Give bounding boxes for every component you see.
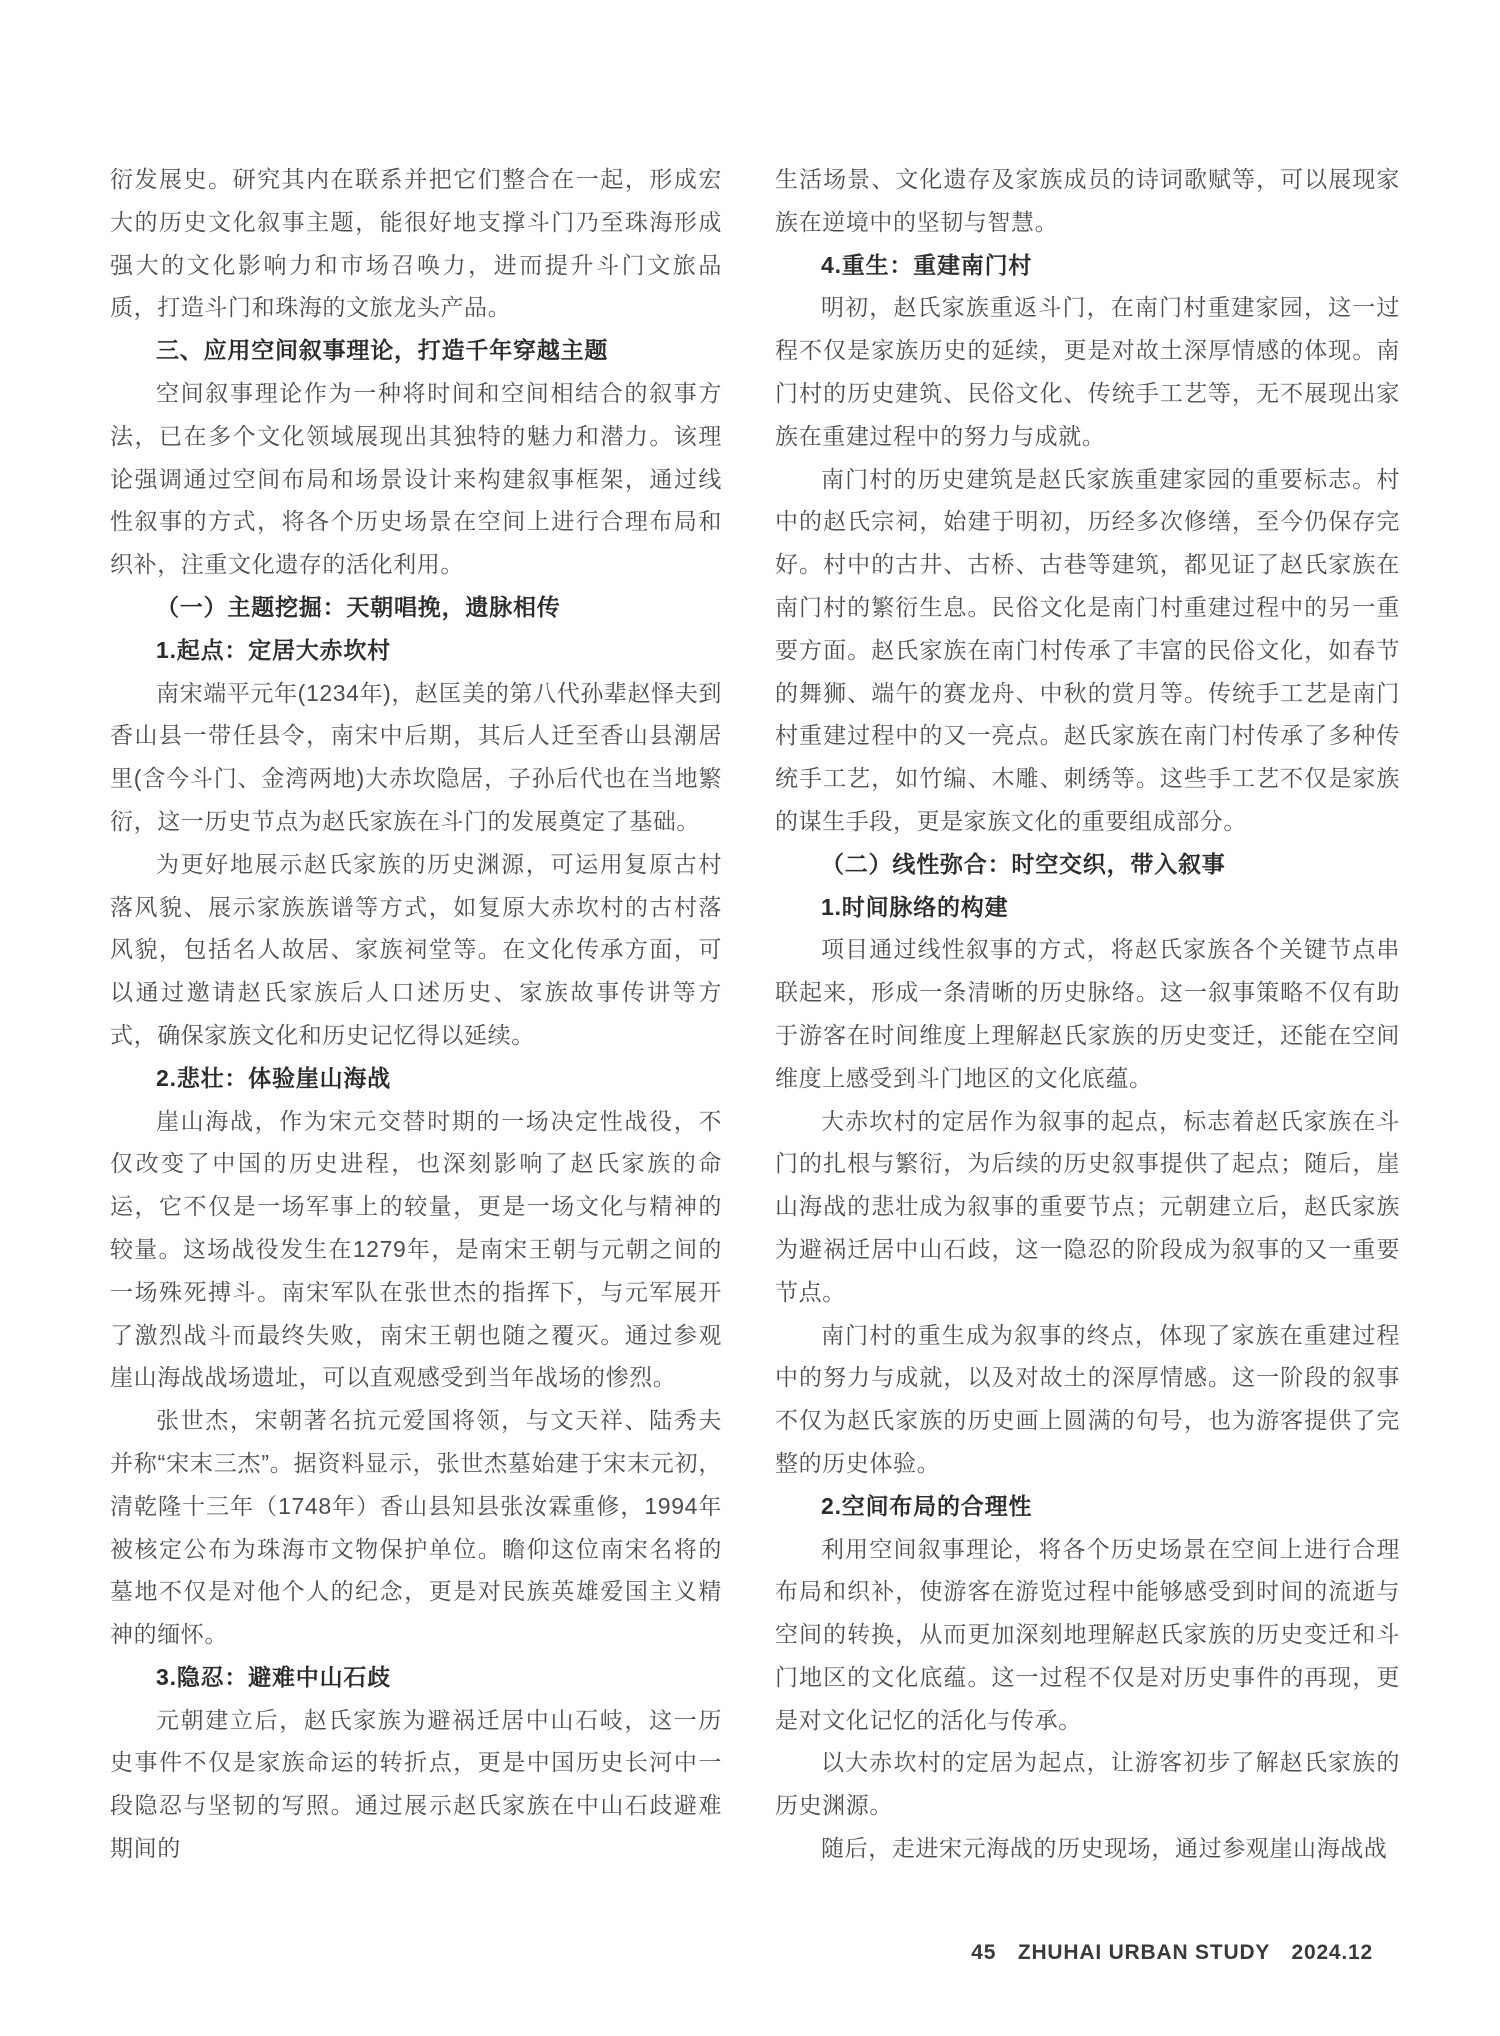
paragraph: 张世杰，宋朝著名抗元爱国将领，与文天祥、陆秀夫并称“宋末三杰”。据资料显示，张世… — [110, 1399, 722, 1656]
page-number: 45 — [971, 1941, 996, 1964]
paragraph: 崖山海战，作为宋元交替时期的一场决定性战役，不仅改变了中国的历史进程，也深刻影响… — [110, 1100, 722, 1400]
page-footer: 45 ZHUHAI URBAN STUDY 2024.12 — [971, 1941, 1373, 1965]
paragraph: 明初，赵氏家族重返斗门，在南门村重建家园，这一过程不仅是家族历史的延续，更是对故… — [775, 286, 1400, 457]
numbered-subheading: 3.隐忍：避难中山石歧 — [110, 1656, 722, 1699]
journal-page: 衍发展史。研究其内在联系并把它们整合在一起，形成宏大的历史文化叙事主题，能很好地… — [0, 0, 1500, 2036]
paragraph: 南门村的重生成为叙事的终点，体现了家族在重建过程中的努力与成就，以及对故土的深厚… — [775, 1314, 1400, 1485]
numbered-subheading: 2.悲壮：体验崖山海战 — [110, 1057, 722, 1100]
journal-title: ZHUHAI URBAN STUDY — [1018, 1941, 1270, 1964]
subsection-heading: （二）线性弥合：时空交织，带入叙事 — [775, 843, 1400, 886]
issue-date: 2024.12 — [1291, 1941, 1373, 1964]
numbered-subheading: 2.空间布局的合理性 — [775, 1485, 1400, 1528]
paragraph: 利用空间叙事理论，将各个历史场景在空间上进行合理布局和织补，使游客在游览过程中能… — [775, 1528, 1400, 1742]
left-column: 衍发展史。研究其内在联系并把它们整合在一起，形成宏大的历史文化叙事主题，能很好地… — [110, 0, 722, 1870]
numbered-subheading: 1.起点：定居大赤坎村 — [110, 629, 722, 672]
paragraph: 南宋端平元年(1234年)，赵匡美的第八代孙辈赵怿夫到香山县一带任县令，南宋中后… — [110, 672, 722, 843]
paragraph: 大赤坎村的定居作为叙事的起点，标志着赵氏家族在斗门的扎根与繁衍，为后续的历史叙事… — [775, 1100, 1400, 1314]
numbered-subheading: 1.时间脉络的构建 — [775, 886, 1400, 929]
paragraph: 随后，走进宋元海战的历史现场，通过参观崖山海战战 — [775, 1827, 1400, 1870]
paragraph: 空间叙事理论作为一种将时间和空间相结合的叙事方法，已在多个文化领域展现出其独特的… — [110, 372, 722, 586]
paragraph: 为更好地展示赵氏家族的历史渊源，可运用复原古村落风貌、展示家族族谱等方式，如复原… — [110, 843, 722, 1057]
subsection-heading: （一）主题挖掘：天朝唱挽，遗脉相传 — [110, 586, 722, 629]
right-column: 生活场景、文化遗存及家族成员的诗词歌赋等，可以展现家族在逆境中的坚韧与智慧。4.… — [775, 0, 1400, 1870]
paragraph-continued: 衍发展史。研究其内在联系并把它们整合在一起，形成宏大的历史文化叙事主题，能很好地… — [110, 158, 722, 329]
paragraph: 南门村的历史建筑是赵氏家族重建家园的重要标志。村中的赵氏宗祠，始建于明初，历经多… — [775, 458, 1400, 843]
paragraph: 以大赤坎村的定居为起点，让游客初步了解赵氏家族的历史渊源。 — [775, 1741, 1400, 1827]
paragraph-continued: 生活场景、文化遗存及家族成员的诗词歌赋等，可以展现家族在逆境中的坚韧与智慧。 — [775, 158, 1400, 244]
section-heading: 三、应用空间叙事理论，打造千年穿越主题 — [110, 329, 722, 372]
paragraph: 元朝建立后，赵氏家族为避祸迁居中山石岐，这一历史事件不仅是家族命运的转折点，更是… — [110, 1699, 722, 1870]
numbered-subheading: 4.重生：重建南门村 — [775, 244, 1400, 287]
paragraph: 项目通过线性叙事的方式，将赵氏家族各个关键节点串联起来，形成一条清晰的历史脉络。… — [775, 928, 1400, 1099]
